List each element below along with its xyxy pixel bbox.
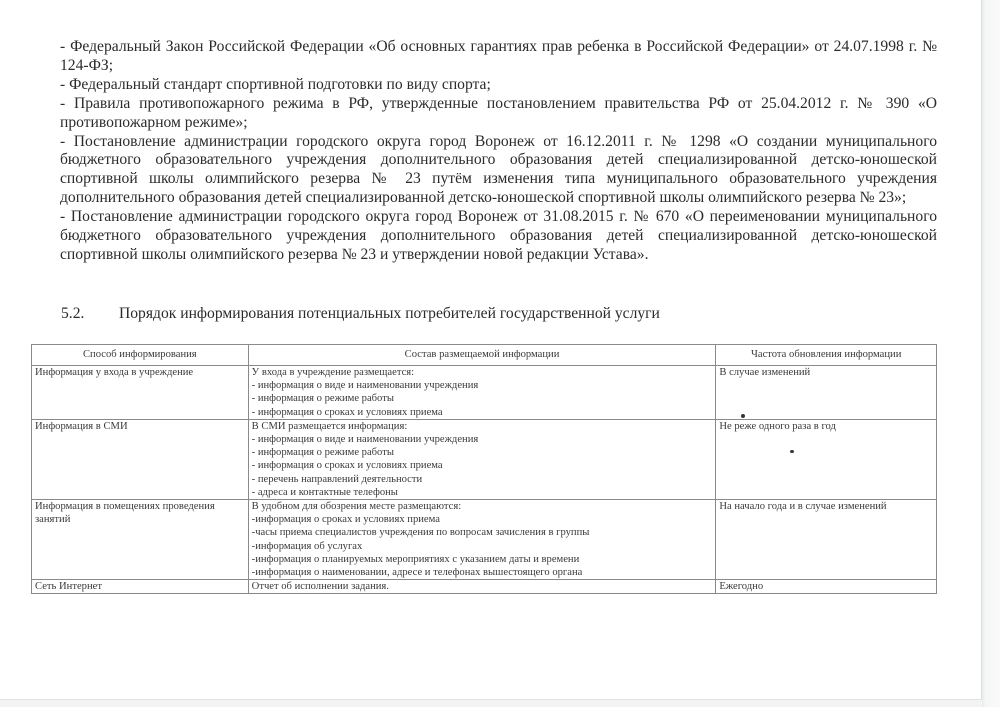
table-row: Информация у входа в учреждениеУ входа в… <box>32 366 937 420</box>
content-line: У входа в учреждение размещается: <box>252 366 713 379</box>
content-line: - информация о режиме работы <box>252 446 713 459</box>
cell-content: В СМИ размещается информация:- информаци… <box>248 419 716 499</box>
section-heading: 5.2.Порядок информирования потенциальных… <box>61 305 660 323</box>
content-line: - информация о виде и наименовании учреж… <box>252 433 713 446</box>
cell-method: Сеть Интернет <box>32 580 249 594</box>
content-line: - информация о сроках и условиях приема <box>252 406 713 419</box>
cell-frequency: На начало года и в случае изменений <box>716 500 937 580</box>
scan-speck <box>790 450 794 453</box>
header-content: Состав размещаемой информации <box>248 345 716 366</box>
content-line: -информация о сроках и условиях приема <box>252 513 713 526</box>
content-line: - адреса и контактные телефоны <box>252 486 713 499</box>
legal-basis-list: - Федеральный Закон Российской Федерации… <box>60 38 937 265</box>
paragraph-federal-law: - Федеральный Закон Российской Федерации… <box>60 38 937 76</box>
cell-content: Отчет об исполнении задания. <box>248 580 716 594</box>
table-header-row: Способ информирования Состав размещаемой… <box>32 345 937 366</box>
table-row: Информация в помещениях проведения занят… <box>32 500 937 580</box>
header-method: Способ информирования <box>32 345 249 366</box>
paragraph-decree-670: - Постановление администрации городского… <box>60 208 937 265</box>
cell-frequency: Не реже одного раза в год <box>716 419 937 499</box>
content-line: Отчет об исполнении задания. <box>252 580 713 593</box>
cell-frequency: В случае изменений <box>716 366 937 420</box>
cell-content: У входа в учреждение размещается:- инфор… <box>248 366 716 420</box>
cell-method: Информация у входа в учреждение <box>32 366 249 420</box>
scan-page-edge <box>981 0 1000 707</box>
cell-method: Информация в помещениях проведения занят… <box>32 500 249 580</box>
table-row: Информация в СМИВ СМИ размещается информ… <box>32 419 937 499</box>
content-line: В удобном для обозрения месте размещаютс… <box>252 500 713 513</box>
section-number: 5.2. <box>61 305 119 323</box>
section-title: Порядок информирования потенциальных пот… <box>119 305 660 322</box>
content-line: - информация о сроках и условиях приема <box>252 459 713 472</box>
content-line: - информация о режиме работы <box>252 392 713 405</box>
scan-bottom-edge <box>0 699 982 707</box>
paragraph-decree-1298: - Постановление администрации городского… <box>60 133 937 209</box>
content-line: -часы приема специалистов учреждения по … <box>252 526 713 539</box>
content-line: -информация о наименовании, адресе и тел… <box>252 566 713 579</box>
content-line: - перечень направлений деятельности <box>252 473 713 486</box>
content-line: -информация о планируемых мероприятиях с… <box>252 553 713 566</box>
cell-frequency: Ежегодно <box>716 580 937 594</box>
content-line: В СМИ размещается информация: <box>252 420 713 433</box>
cell-method: Информация в СМИ <box>32 419 249 499</box>
header-frequency: Частота обновления информации <box>716 345 937 366</box>
content-line: -информация об услугах <box>252 540 713 553</box>
paragraph-federal-standard: - Федеральный стандарт спортивной подгот… <box>60 76 937 95</box>
content-line: - информация о виде и наименовании учреж… <box>252 379 713 392</box>
information-table: Способ информирования Состав размещаемой… <box>31 344 937 594</box>
scan-speck <box>741 414 745 418</box>
cell-content: В удобном для обозрения месте размещаютс… <box>248 500 716 580</box>
paragraph-fire-rules: - Правила противопожарного режима в РФ, … <box>60 95 937 133</box>
table-row: Сеть ИнтернетОтчет об исполнении задания… <box>32 580 937 594</box>
